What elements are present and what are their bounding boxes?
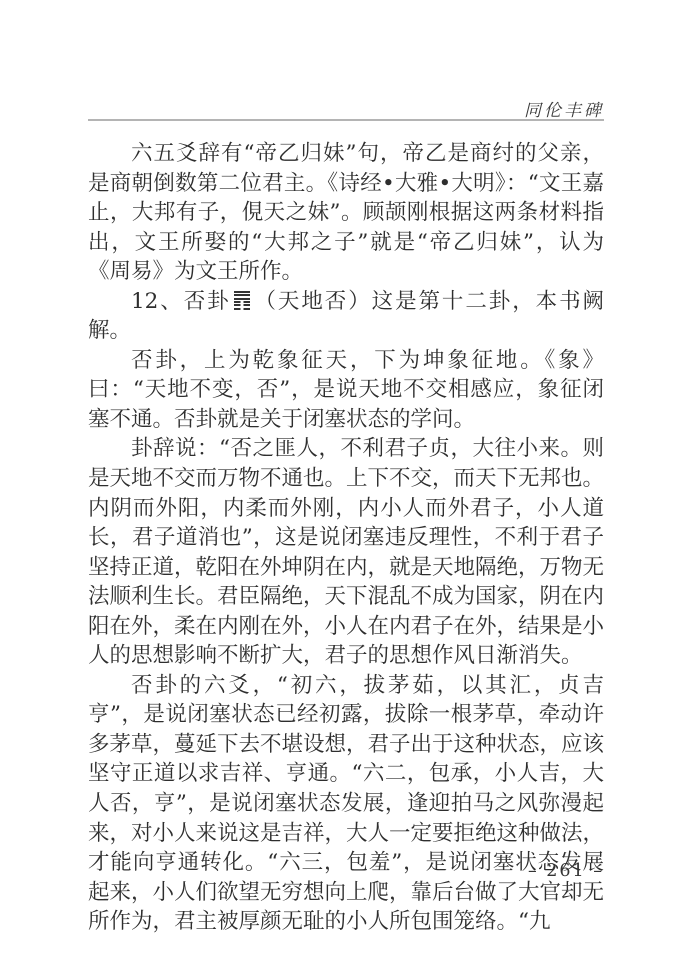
page-number: – 261 – xyxy=(88,861,604,881)
hexagram-pi-icon xyxy=(234,290,250,310)
paragraph-1: 六五爻辞有“帝乙归妹”句，帝乙是商纣的父亲，是商朝倒数第二位君主。《诗经•大雅•… xyxy=(88,139,604,287)
paragraph-2-section-line: 12、否卦（天地否）这是第十二卦，本书阙解。 xyxy=(88,287,604,346)
paragraph-4: 卦辞说：“否之匪人，不利君子贞，大往小来。则是天地不交而万物不通也。上下不交，而… xyxy=(88,434,604,670)
paragraph-5: 否卦的六爻，“初六，拔茅茹，以其汇，贞吉亨”，是说闭塞状态已经初露，拔除一根茅草… xyxy=(88,671,604,937)
header-rule xyxy=(88,119,604,121)
paragraph-3: 否卦，上为乾象征天，下为坤象征地。《象》曰：“天地不变，否”，是说天地不交相感应… xyxy=(88,346,604,435)
book-page: 同伦丰碑 六五爻辞有“帝乙归妹”句，帝乙是商纣的父亲，是商朝倒数第二位君主。《诗… xyxy=(0,0,692,968)
running-head-title: 同伦丰碑 xyxy=(88,96,604,121)
section-line-before: 12、否卦 xyxy=(131,289,231,314)
body-text: 六五爻辞有“帝乙归妹”句，帝乙是商纣的父亲，是商朝倒数第二位君主。《诗经•大雅•… xyxy=(88,139,604,937)
